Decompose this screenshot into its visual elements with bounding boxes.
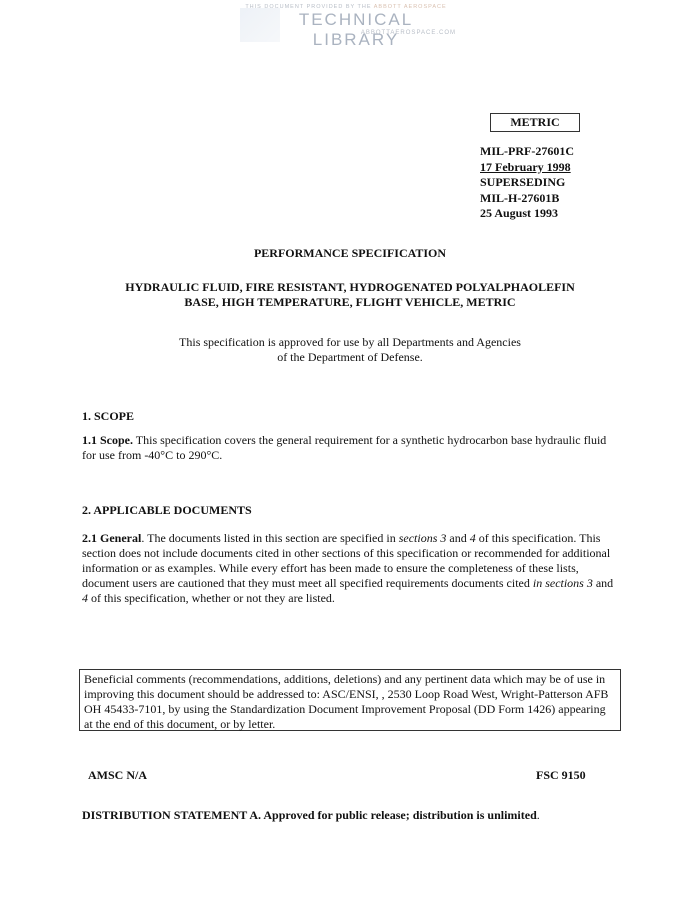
distribution-statement: DISTRIBUTION STATEMENT A. Approved for p… bbox=[82, 808, 540, 823]
superseded-number: MIL-H-27601B bbox=[480, 191, 574, 207]
section-2-1-text: and bbox=[446, 531, 469, 545]
spec-type-heading: PERFORMANCE SPECIFICATION bbox=[0, 246, 700, 261]
doc-date: 17 February 1998 bbox=[480, 160, 574, 176]
amsc-label: AMSC N/A bbox=[88, 768, 147, 783]
superseded-date: 25 August 1993 bbox=[480, 206, 574, 222]
section-1-heading: 1. SCOPE bbox=[82, 409, 622, 424]
section-2-1-heading: 2.1 General bbox=[82, 531, 141, 545]
fsc-label: FSC 9150 bbox=[536, 768, 586, 783]
section-2-1-paragraph: 2.1 General. The documents listed in thi… bbox=[82, 531, 622, 606]
distribution-text: DISTRIBUTION STATEMENT A. Approved for p… bbox=[82, 808, 537, 822]
title-line-2: BASE, HIGH TEMPERATURE, FLIGHT VEHICLE, … bbox=[0, 295, 700, 310]
document-identification: MIL-PRF-27601C 17 February 1998 SUPERSED… bbox=[480, 144, 574, 222]
approval-line-2: of the Department of Defense. bbox=[0, 350, 700, 365]
superseding-label: SUPERSEDING bbox=[480, 175, 574, 191]
distribution-period: . bbox=[537, 808, 540, 822]
watermark-logo: This Document Provided by the Abbott Aer… bbox=[236, 2, 456, 44]
document-title: HYDRAULIC FLUID, FIRE RESISTANT, HYDROGE… bbox=[0, 280, 700, 310]
section-ref: in sections 3 bbox=[533, 576, 593, 590]
watermark-url: abbottaerospace.com bbox=[326, 30, 456, 36]
section-ref: sections 3 bbox=[399, 531, 447, 545]
doc-number: MIL-PRF-27601C bbox=[480, 144, 574, 160]
title-line-1: HYDRAULIC FLUID, FIRE RESISTANT, HYDROGE… bbox=[0, 280, 700, 295]
approval-line-1: This specification is approved for use b… bbox=[0, 335, 700, 350]
section-1-1-heading: 1.1 Scope. bbox=[82, 433, 133, 447]
section-2-1-text: . The documents listed in this section a… bbox=[141, 531, 398, 545]
section-1-1-text: This specification covers the general re… bbox=[82, 433, 606, 462]
approval-statement: This specification is approved for use b… bbox=[0, 335, 700, 365]
section-2-1-text: of this specification, whether or not th… bbox=[88, 591, 335, 605]
section-2-heading: 2. APPLICABLE DOCUMENTS bbox=[82, 503, 622, 518]
section-1-1-paragraph: 1.1 Scope. This specification covers the… bbox=[82, 433, 622, 463]
section-2-1-text: and bbox=[593, 576, 613, 590]
beneficial-comments-box: Beneficial comments (recommendations, ad… bbox=[79, 669, 621, 731]
metric-label-box: METRIC bbox=[490, 113, 580, 132]
